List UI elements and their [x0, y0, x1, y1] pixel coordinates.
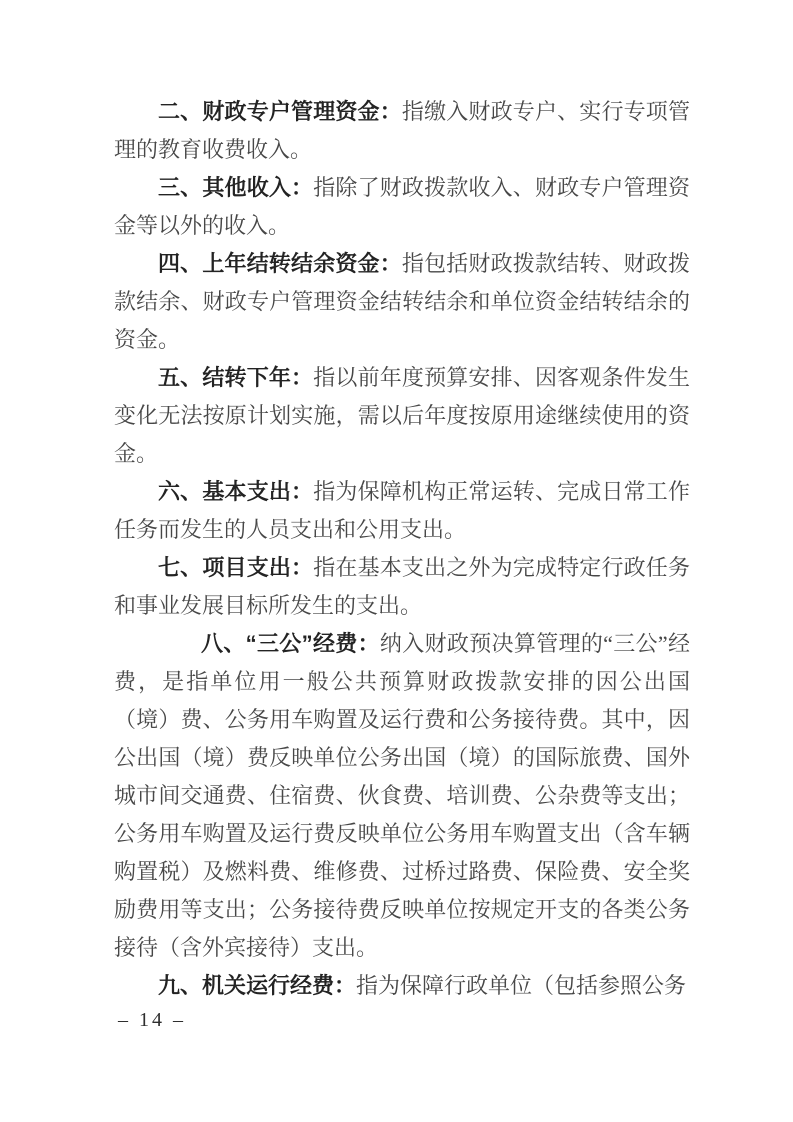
paragraph-item-7: 七、项目支出：指在基本支出之外为完成特定行政任务和事业发展目标所发生的支出。 — [114, 549, 690, 625]
term-definition: 指为保障行政单位（包括参照公务 — [356, 973, 686, 998]
term-heading: 四、上年结转结余资金： — [158, 251, 402, 276]
term-heading: 二、财政专户管理资金： — [158, 99, 402, 124]
term-heading: 八、“三公”经费： — [201, 631, 380, 656]
term-heading: 三、其他收入： — [158, 175, 313, 200]
document-page: 二、财政专户管理资金：指缴入财政专户、实行专项管理的教育收费收入。 三、其他收入… — [0, 0, 793, 1122]
paragraph-item-3: 三、其他收入：指除了财政拨款收入、财政专户管理资金等以外的收入。 — [114, 169, 690, 245]
paragraph-item-5: 五、结转下年：指以前年度预算安排、因客观条件发生变化无法按原计划实施，需以后年度… — [114, 359, 690, 473]
document-content: 二、财政专户管理资金：指缴入财政专户、实行专项管理的教育收费收入。 三、其他收入… — [114, 93, 690, 1005]
paragraph-item-6: 六、基本支出：指为保障机构正常运转、完成日常工作任务而发生的人员支出和公用支出。 — [114, 473, 690, 549]
term-heading: 五、结转下年： — [158, 365, 313, 390]
term-definition: 纳入财政预决算管理的“三公”经费，是指单位用一般公共预算财政拨款安排的因公出国（… — [114, 631, 690, 960]
paragraph-item-4: 四、上年结转结余资金：指包括财政拨款结转、财政拨款结余、财政专户管理资金结转结余… — [114, 245, 690, 359]
paragraph-item-2: 二、财政专户管理资金：指缴入财政专户、实行专项管理的教育收费收入。 — [114, 93, 690, 169]
paragraph-item-8: 八、“三公”经费：纳入财政预决算管理的“三公”经费，是指单位用一般公共预算财政拨… — [114, 625, 690, 967]
page-number: – 14 – — [118, 1006, 186, 1034]
term-heading: 七、项目支出： — [158, 555, 313, 580]
paragraph-item-9: 九、机关运行经费：指为保障行政单位（包括参照公务 — [114, 967, 690, 1005]
term-heading: 九、机关运行经费： — [158, 973, 356, 998]
term-heading: 六、基本支出： — [158, 479, 313, 504]
